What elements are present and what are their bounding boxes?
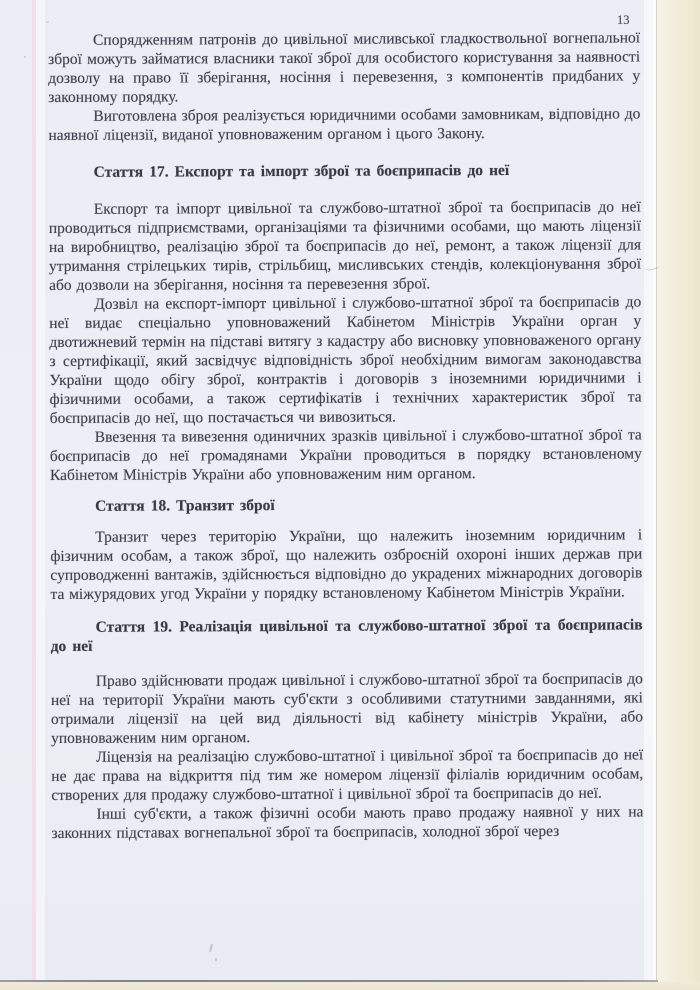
scan-speckle-4 xyxy=(46,21,49,23)
article-17-paragraph-3: Ввезення та вивезення одиничних зразків … xyxy=(50,425,642,485)
scan-speckle-3 xyxy=(24,56,26,58)
article-19-paragraph-3: Інші суб'єкти, а також фізичні особи маю… xyxy=(51,802,643,843)
document-body: Спорядженням патронів до цивільної мисли… xyxy=(48,28,644,843)
scan-speckle-1 xyxy=(209,944,213,952)
scan-edge-light-stripe xyxy=(36,0,45,982)
article-19-paragraph-1: Право здійснювати продаж цивільної і слу… xyxy=(51,669,643,748)
intro-paragraph-1: Спорядженням патронів до цивільної мисли… xyxy=(48,28,640,107)
page-number: 13 xyxy=(617,13,630,28)
intro-paragraph-2: Виготовлена зброя реалізується юридичним… xyxy=(48,104,640,145)
article-19-heading: Стаття 19. Реалізація цивільної та служб… xyxy=(51,615,643,656)
scan-speckle-2 xyxy=(215,958,217,961)
article-19-paragraph-2: Ліцензія на реалізацію службово-штатної … xyxy=(51,745,643,805)
scanner-bed-right-edge xyxy=(656,0,700,990)
scanner-bed-bottom-edge xyxy=(0,982,700,990)
article-17-heading: Стаття 17. Експорт та імпорт зброї та бо… xyxy=(49,160,641,182)
article-18-paragraph-1: Транзит через територію України, що нале… xyxy=(50,525,642,604)
article-17-paragraph-2: Дозвіл на експорт-імпорт цивільної і слу… xyxy=(49,292,642,428)
article-18-heading: Стаття 18. Транзит зброї xyxy=(50,494,642,516)
article-17-paragraph-1: Експорт та імпорт цивільної та службово-… xyxy=(49,197,641,295)
